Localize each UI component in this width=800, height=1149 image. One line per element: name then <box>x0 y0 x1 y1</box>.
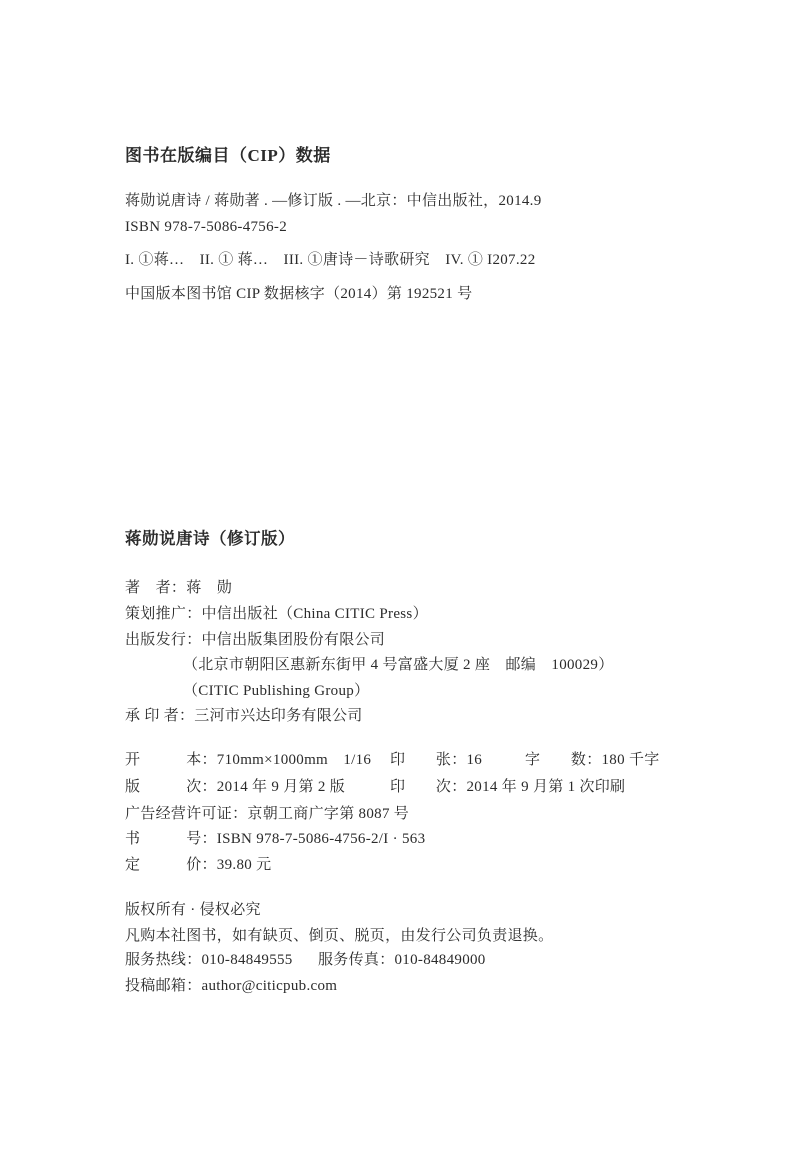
edition-spec: 版 次：2014 年 9 月第 2 版 <box>125 778 390 797</box>
price-line: 定 价：39.80 元 <box>125 856 271 875</box>
submission-email: 投稿邮箱：author@citicpub.com <box>125 977 337 996</box>
publisher-address-line: （北京市朝阳区惠新东街甲 4 号富盛大厦 2 座 邮编 100029） <box>183 656 614 675</box>
book-title: 蒋勋说唐诗（修订版） <box>125 529 295 548</box>
service-hotline: 服务热线：010-84849555 <box>125 951 318 970</box>
book-number-line: 书 号：ISBN 978-7-5086-4756-2/I · 563 <box>125 830 425 849</box>
printer-line: 承 印 者：三河市兴达印务有限公司 <box>125 707 363 726</box>
cip-registration: 中国版本图书馆 CIP 数据核字（2014）第 192521 号 <box>125 285 472 304</box>
service-contact-row: 服务热线：010-84849555 服务传真：010-84849000 <box>125 951 486 970</box>
cip-classification: I. ①蒋… II. ① 蒋… III. ①唐诗－诗歌研究 IV. ① I207… <box>125 251 536 270</box>
print-specs-row-2: 版 次：2014 年 9 月第 2 版 印 次：2014 年 9 月第 1 次印… <box>125 778 625 797</box>
planning-line: 策划推广：中信出版社（China CITIC Press） <box>125 605 428 624</box>
book-copyright-page: 图书在版编目（CIP）数据 蒋勋说唐诗 / 蒋勋著 . —修订版 . —北京：中… <box>0 0 800 1149</box>
format-spec: 开 本：710mm×1000mm 1/16 <box>125 751 390 770</box>
impression-spec: 印 次：2014 年 9 月第 1 次印刷 <box>390 778 625 797</box>
author-line: 著 者：蒋 勋 <box>125 579 232 598</box>
service-fax: 服务传真：010-84849000 <box>318 951 486 970</box>
cip-isbn: ISBN 978-7-5086-4756-2 <box>125 218 287 237</box>
word-count-spec: 字 数：180 千字 <box>525 751 660 770</box>
returns-notice: 凡购本社图书，如有缺页、倒页、脱页，由发行公司负责退换。 <box>125 927 553 946</box>
cip-description: 蒋勋说唐诗 / 蒋勋著 . —修订版 . —北京：中信出版社，2014.9 <box>125 192 542 211</box>
publisher-line: 出版发行：中信出版集团股份有限公司 <box>125 631 385 650</box>
print-specs-row-1: 开 本：710mm×1000mm 1/16 印 张：16 字 数：180 千字 <box>125 751 660 770</box>
sheets-spec: 印 张：16 <box>390 751 525 770</box>
ad-license-line: 广告经营许可证：京朝工商广字第 8087 号 <box>125 805 409 824</box>
publisher-english-line: （CITIC Publishing Group） <box>183 682 369 701</box>
copyright-notice: 版权所有 · 侵权必究 <box>125 901 261 920</box>
cip-heading: 图书在版编目（CIP）数据 <box>125 146 331 165</box>
